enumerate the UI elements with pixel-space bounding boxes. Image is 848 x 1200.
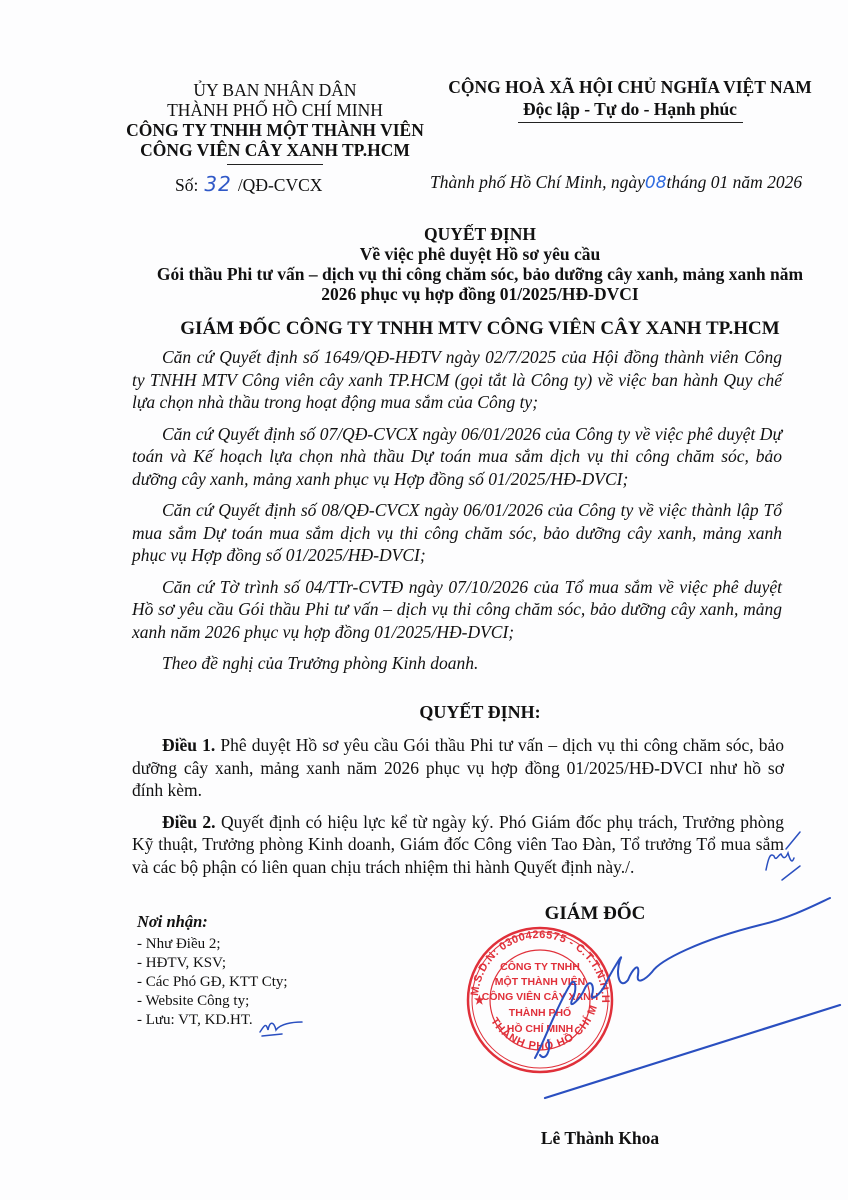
decision-heading: QUYẾT ĐỊNH: xyxy=(130,702,830,723)
svg-text:★: ★ xyxy=(474,993,485,1007)
svg-text:HỒ CHÍ MINH: HỒ CHÍ MINH xyxy=(507,1022,574,1035)
recipients: Nơi nhận: - Như Điều 2; - HĐTV, KSV; - C… xyxy=(137,912,288,1030)
recipient-item: - Như Điều 2; xyxy=(137,935,288,954)
title-line-3: Gói thầu Phi tư vấn – dịch vụ thi công c… xyxy=(130,264,830,284)
article-text: Phê duyệt Hồ sơ yêu cầu Gói thầu Phi tư … xyxy=(132,735,784,800)
date-day-handwritten: 08 xyxy=(645,173,667,193)
signer-name: Lê Thành Khoa xyxy=(500,1128,700,1149)
header-right-underline xyxy=(518,122,743,123)
recipient-item: - Website Công ty; xyxy=(137,992,288,1011)
legal-bases: Căn cứ Quyết định số 1649/QĐ-HĐTV ngày 0… xyxy=(132,346,782,684)
company-line-1: CÔNG TY TNHH MỘT THÀNH VIÊN xyxy=(110,120,440,140)
title-line-4: 2026 phục vụ hợp đồng 01/2025/HĐ-DVCI xyxy=(130,284,830,304)
basis-paragraph: Căn cứ Quyết định số 07/QĐ-CVCX ngày 06/… xyxy=(132,423,782,491)
articles: Điều 1. Phê duyệt Hồ sơ yêu cầu Gói thầu… xyxy=(132,734,784,887)
date-prefix: Thành phố Hồ Chí Minh, ngày xyxy=(430,172,645,192)
svg-text:THÀNH PHỐ: THÀNH PHỐ xyxy=(509,1005,571,1019)
company-stamp xyxy=(468,928,612,1072)
svg-text:CÔNG TY TNHH: CÔNG TY TNHH xyxy=(500,960,580,973)
company-line-2: CÔNG VIÊN CÂY XANH TP.HCM xyxy=(110,140,440,160)
issuing-authority: ỦY BAN NHÂN DÂN THÀNH PHỐ HỒ CHÍ MINH CÔ… xyxy=(110,80,440,165)
basis-paragraph: Theo đề nghị của Trưởng phòng Kinh doanh… xyxy=(132,652,782,675)
title-line-1: QUYẾT ĐỊNH xyxy=(130,224,830,244)
motto: Độc lập - Tự do - Hạnh phúc xyxy=(420,98,840,120)
svg-text:CÔNG VIÊN CÂY XANH: CÔNG VIÊN CÂY XANH xyxy=(482,990,599,1003)
recipient-item: - Lưu: VT, KD.HT. xyxy=(137,1011,288,1030)
article-label: Điều 1. xyxy=(162,735,215,755)
national-motto: CỘNG HOÀ XÃ HỘI CHỦ NGHĨA VIỆT NAM Độc l… xyxy=(420,76,840,123)
basis-paragraph: Căn cứ Quyết định số 08/QĐ-CVCX ngày 06/… xyxy=(132,499,782,567)
signature-title: GIÁM ĐỐC xyxy=(515,903,675,925)
basis-paragraph: Căn cứ Quyết định số 1649/QĐ-HĐTV ngày 0… xyxy=(132,346,782,414)
svg-text:MỘT THÀNH VIÊN: MỘT THÀNH VIÊN xyxy=(495,975,585,988)
article-text: Quyết định có hiệu lực kể từ ngày ký. Ph… xyxy=(132,812,784,877)
header-left-underline xyxy=(227,164,323,165)
date-suffix: tháng 01 năm 2026 xyxy=(667,172,803,192)
basis-paragraph: Căn cứ Tờ trình số 04/TTr-CVTĐ ngày 07/1… xyxy=(132,576,782,644)
document-number: Số:32/QĐ-CVCX xyxy=(175,172,322,196)
doc-number-handwritten: 32 xyxy=(204,172,231,196)
doc-number-prefix: Số: xyxy=(175,175,198,195)
recipient-item: - HĐTV, KSV; xyxy=(137,954,288,973)
director-heading: GIÁM ĐỐC CÔNG TY TNHH MTV CÔNG VIÊN CÂY … xyxy=(130,318,830,340)
article-2: Điều 2. Quyết định có hiệu lực kể từ ngà… xyxy=(132,811,784,879)
director-signature xyxy=(535,898,840,1098)
title-line-2: Về việc phê duyệt Hồ sơ yêu cầu xyxy=(130,244,830,264)
recipient-item: - Các Phó GĐ, KTT Cty; xyxy=(137,973,288,992)
svg-text:M.S.D.N: 0300426575 - C.T.T.N.: M.S.D.N: 0300426575 - C.T.T.N.H.H xyxy=(469,929,611,1004)
recipients-heading: Nơi nhận: xyxy=(137,912,288,931)
doc-number-suffix: /QĐ-CVCX xyxy=(238,175,323,195)
authority-line-2: THÀNH PHỐ HỒ CHÍ MINH xyxy=(110,100,440,120)
authority-line-1: ỦY BAN NHÂN DÂN xyxy=(110,80,440,100)
decision-document: ỦY BAN NHÂN DÂN THÀNH PHỐ HỒ CHÍ MINH CÔ… xyxy=(0,0,848,1200)
document-title: QUYẾT ĐỊNH Về việc phê duyệt Hồ sơ yêu c… xyxy=(130,224,830,304)
article-label: Điều 2. xyxy=(162,812,216,832)
issue-date: Thành phố Hồ Chí Minh, ngày08tháng 01 nă… xyxy=(430,172,802,193)
country-name: CỘNG HOÀ XÃ HỘI CHỦ NGHĨA VIỆT NAM xyxy=(420,76,840,98)
article-1: Điều 1. Phê duyệt Hồ sơ yêu cầu Gói thầu… xyxy=(132,734,784,802)
